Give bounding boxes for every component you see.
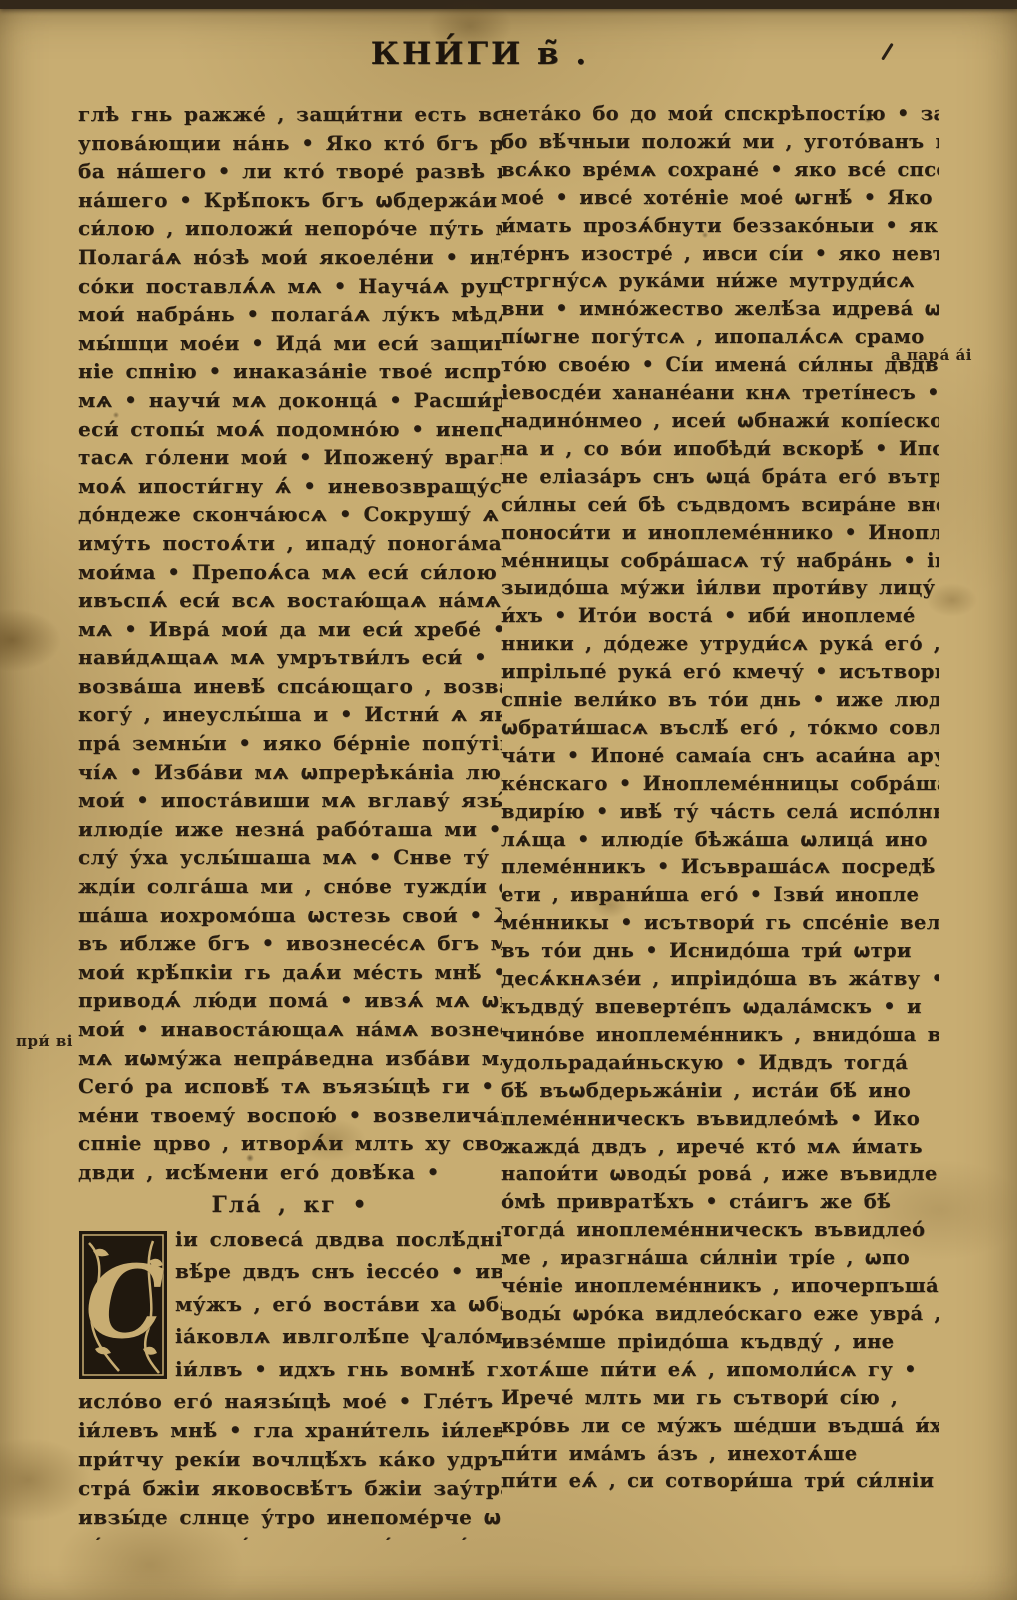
text-line: ніе спнію • инаказа́ніе твое́ испра́ви [78, 357, 502, 386]
text-line: вдирі́ю • ивѣ́ ту́ ча́сть села́ испо́лнь [501, 798, 939, 826]
text-line: то́ю свое́ю • Сі́и имена́ си́лны двдвы . [501, 351, 939, 379]
text-line: стргну́сѧ рука́ми ни́же мутруди́сѧ [501, 267, 939, 295]
text-line: когу́ , инеуслы́ша и • Истни́ ѧ яко [78, 700, 502, 729]
left-column-text-c: исло́во его́ наязы́цѣ мое́ • Гле́тъ бгъі… [78, 1387, 502, 1540]
text-line: мои́ма • Препоѧ́са мѧ еси́ си́лою набра́ [78, 558, 502, 587]
text-line: си́лны сеи́ бѣ съдвдомъ всира́не внегда́ [501, 491, 939, 519]
initial-letter-glyph: С [85, 1243, 165, 1361]
text-line: приводѧ́ лю́ди пома́ • ивзѧ́ мѧ ѡвра́ [78, 986, 502, 1015]
text-line: Полага́ѧ но́зѣ мои́ якоеле́ни • инавы [78, 243, 502, 272]
text-line: тасѧ го́лени мои́ • Ипожену́ врагы́ [78, 443, 502, 472]
text-line: мои́ крѣ́пкіи гь даѧ́и ме́сть мнѣ́ • и [78, 958, 502, 987]
text-line: че́ніе иноплеме́нникъ , ипочерпъша́ [501, 1272, 939, 1300]
text-line: исло́во его́ наязы́цѣ мое́ • Гле́тъ бгъ [78, 1387, 502, 1416]
text-line: чино́ве иноплеме́нникъ , внидо́ша во [501, 1021, 939, 1049]
right-column: нета́ко бо до мои́ спскрѣпості́ю • завѣ́… [501, 100, 939, 1530]
text-line: му́жъ , его́ воста́ви ха ѡба́ [175, 1288, 502, 1321]
text-line: десѧ́кнѧзе́и , ипріидо́ша въ жа́тву • [501, 965, 939, 993]
text-line: Сего́ ра исповѣ́ тѧ въязы́цѣ ги • іи [78, 1072, 502, 1101]
text-line: вѣ́ре двдъ снъ іессе́о • ивѣ́ре [175, 1255, 502, 1288]
text-line: си́лою , иположи́ непоро́че пу́ть мои • [78, 214, 502, 243]
decorative-initial: С [79, 1231, 167, 1379]
text-line: те́рнъ изостре́ , ивси сі́и • яко невъ [501, 240, 939, 268]
text-line: ети , иврани́ша его́ • Ізви́ инопле [501, 881, 939, 909]
text-line: пи́ти има́мъ а́зъ , инехотѧ́ше [501, 1440, 939, 1468]
text-line: и́мать прозѧ́бнути беззако́ныи • яко [501, 212, 939, 240]
text-line: ивзе́мше пріидо́ша къдвду́ , ине [501, 1328, 939, 1356]
text-line: іевосде́и ханане́ани кнѧ треті́несъ • [501, 379, 939, 407]
text-line: бѣ́ въѡбдерьжа́ніи , иста́и бѣ́ ино [501, 1077, 939, 1105]
text-line: на́шего • Крѣ́покъ бгъ ѡбдержа́и мѧ [78, 186, 502, 215]
left-column: глѣ гнь ражже́ , защи́тни есть всѣупова́… [78, 100, 502, 1540]
text-line: мѧ иѡму́жа непра́ведна изба́ви мѧ • [78, 1044, 502, 1073]
text-line: мои́ • инавоста́ющаѧ на́мѧ вознесе́ши [78, 1015, 502, 1044]
page-title: КНИ́ГИ в̃ . [0, 36, 960, 72]
text-line: стра́ бжіи яковосвѣ́тъ бжіи зау́тра [78, 1474, 502, 1503]
text-line: тогда́ иноплеме́нническъ въвидлео́ [501, 1216, 939, 1244]
text-line: пи́ти еѧ́ , си сотвори́ша три́ си́лніи [501, 1467, 939, 1495]
text-line: ча́ти • Ипоне́ самаі́а снъ асаи́на ару́ [501, 742, 939, 770]
text-line: іи́левъ мнѣ́ • гла храни́тель іи́левъ [78, 1416, 502, 1445]
text-line: напои́ти ѡводы́ рова́ , иже въвидле [501, 1160, 939, 1188]
text-line: чі́ѧ • Изба́ви мѧ ѡпрерѣка́ніа люді́и [78, 758, 502, 787]
text-line: ме́ни твоему́ воспою́ • возвелича́ю [78, 1101, 502, 1130]
text-line: ивъспѧ́ еси́ всѧ востаю́щаѧ на́мѧ по [78, 586, 502, 615]
text-line: мои́ набра́нь • полага́ѧ лу́къ мѣдѧ́нъ [78, 300, 502, 329]
text-line: спніе црво , итворѧ́и млть ху свое́му [78, 1129, 502, 1158]
text-line: мое́ • ивсе́ хоте́ніе мое́ ѡгнѣ́ • Яко н… [501, 184, 939, 212]
text-line: нета́ко бо до мои́ спскрѣпості́ю • завѣ́ [501, 100, 939, 128]
text-line: глѣ гнь ражже́ , защи́тни есть всѣ [78, 100, 502, 129]
text-line: спніе вели́ко въ то́и днь • иже люді́е [501, 686, 939, 714]
text-line: кро́вь ли се му́жъ ше́дши въдша́ и́хъ [501, 1412, 939, 1440]
text-line: ба на́шего • ли кто́ творе́ развѣ га [78, 157, 502, 186]
text-line: къдвду́ впеверте́пъ ѡдала́мскъ • и [501, 993, 939, 1021]
text-line: о́мѣ привратѣ́хъ • ста́игъ же бѣ́ [501, 1188, 939, 1216]
text-line: воды́ ѡро́ка видлео́скаго еже увра́ , [501, 1300, 939, 1328]
text-line: иму́ть постоѧ́ти , ипаду́ понога́ма [78, 529, 502, 558]
text-line: іи́лвъ • идхъ гнь вомнѣ́ гла [175, 1353, 502, 1386]
text-line: всѧ́ко вре́мѧ сохране́ • яко все́ спсе́н… [501, 156, 939, 184]
text-line: илюді́е иже незна́ рабо́таша ми • ибо [78, 815, 502, 844]
left-column-text-b: іи словеса́ двдва послѣ́дніи ,вѣ́ре двдъ… [175, 1223, 502, 1386]
text-line: на и , со во́и ипобѣди́ вскорѣ́ • Ипо [501, 435, 939, 463]
margin-note-reference: а пара́ а́і [891, 346, 972, 364]
text-line: пі́ѡгне погу́тсѧ , ипопалѧ́сѧ срамо [501, 323, 939, 351]
text-line: моѧ́ ипости́гну ѧ́ • иневозвращу́сѧ [78, 472, 502, 501]
text-line: ивзы́де слнце у́тро инепоме́рче ѡсія́ [78, 1503, 502, 1532]
text-line: Ирече́ млть ми гь сътвори́ сі́ю , [501, 1384, 939, 1412]
margin-note-reference: при́ ві [16, 1032, 73, 1050]
text-line: двди , исѣ́мени его́ довѣ́ка • [78, 1158, 502, 1187]
text-line: упова́ющии на́нь • Яко кто́ бгъ развѣ [78, 129, 502, 158]
text-line: и́хъ • Ито́и воста́ • иби́ иноплеме́ [501, 602, 939, 630]
text-line: нави́дѧщаѧ мѧ умрътви́лъ еси́ • [78, 643, 502, 672]
text-line: мои́ • ипоста́виши мѧ вглаву́ язы́ко [78, 786, 502, 815]
text-line: хотѧ́ше пи́ти еѧ́ , ипомоли́сѧ гу • [501, 1356, 939, 1384]
text-line: жді́и солга́ша ми , сно́ве тужді́и обе [78, 872, 502, 901]
text-line: поноси́ти и иноплеме́ннико • Инопле [501, 519, 939, 547]
text-line: при́тчу рекі́и вочлцѣ́хъ ка́ко удръжи́те [78, 1445, 502, 1474]
text-line: зыидо́ша му́жи іи́лви проти́ву лицу́ [501, 574, 939, 602]
chapter-heading: Гла́ , кг • [78, 1187, 502, 1223]
page-top-edge [0, 0, 1017, 9]
text-line: нники , до́деже утруди́сѧ рука́ его́ , [501, 630, 939, 658]
text-line: жажда́ двдъ , ирече́ кто́ мѧ и́мать [501, 1133, 939, 1161]
text-line: мы́шци мое́и • Ида́ ми еси́ защище́ [78, 329, 502, 358]
text-line: іи словеса́ двдва послѣ́дніи , [175, 1223, 502, 1256]
text-line: со́ки поставлѧ́ѧ мѧ • Науча́ѧ руцѣ́ [78, 272, 502, 301]
text-line: ша́ша иохромо́ша ѡстезь свои́ • Жи [78, 901, 502, 930]
text-line: ке́нскаго • Иноплеме́нницы собра́шасѧ [501, 770, 939, 798]
text-line: ні́я • яко ѡго́ры пажины́ѧ ѡзе́млѧ • [78, 1532, 502, 1540]
text-line: мѧ • Ивра́ мои́ да ми еси́ хребе́ • ине [78, 615, 502, 644]
right-column-text: нета́ко бо до мои́ спскрѣпості́ю • завѣ́… [501, 100, 939, 1495]
text-line: въ иблже бгъ • ивознесе́сѧ бгъ мои́ спсъ [78, 929, 502, 958]
text-line: до́ндеже сконча́юсѧ • Сокрушу́ ѧ ине [78, 500, 502, 529]
text-line: ме , иразгна́ша си́лніи трі́е , ѡпо [501, 1244, 939, 1272]
text-line: слу́ у́ха услы́шаша мѧ • Снве ту́ [78, 843, 502, 872]
text-line: бо вѣ́чныи положи́ ми , угото́ванъ во [501, 128, 939, 156]
initial-paragraph: С іи словеса́ двдва послѣ́дніи ,вѣ́ре дв… [78, 1223, 502, 1387]
text-line: ме́нницы собра́шасѧ ту́ набра́нь • іи [501, 547, 939, 575]
book-page: КНИ́ГИ в̃ . глѣ гнь ражже́ , защи́тни ес… [0, 0, 1017, 1600]
text-line: племе́нническъ въвидлео́мѣ • Ико [501, 1105, 939, 1133]
text-line: пра́ земны́и • ияко бе́рніе попу́тіи сто [78, 729, 502, 758]
text-line: еси́ стопы́ моѧ́ подомно́ю • инепозы́бле [78, 415, 502, 444]
text-line: возва́ша иневѣ́ спса́ющаго , возва́ша [78, 672, 502, 701]
text-line: племе́нникъ • Исъвраша́сѧ посредѣ́ [501, 853, 939, 881]
text-line: ме́нникы • исътвори́ гь спсе́ніе вели́ко [501, 909, 939, 937]
text-line: лѧ́ща • илюді́е бѣжа́ша ѡлица́ ино [501, 826, 939, 854]
text-line: іа́ковлѧ ивлголѣ́пе ѱало́мникъ [175, 1320, 502, 1353]
left-column-text-a: глѣ гнь ражже́ , защи́тни есть всѣупова́… [78, 100, 502, 1187]
text-line: не еліаза́ръ снъ ѡца́ бра́та его́ вътре [501, 463, 939, 491]
text-line: въ то́и днь • Иснидо́ша три́ ѡтри [501, 937, 939, 965]
text-line: надино́нмео , исеи́ ѡбнажи́ копі́еское , [501, 407, 939, 435]
text-line: ѡбрати́шасѧ въслѣ́ его́ , то́кмо совла [501, 714, 939, 742]
text-line: ипрільпе́ рука́ его́ кмечу́ • исътвори́ … [501, 658, 939, 686]
text-line: удольрадаи́ньскую • Идвдъ тогда́ [501, 1049, 939, 1077]
text-line: вни • имно́жество желѣ́за идрева́ ѡко [501, 295, 939, 323]
text-line: мѧ • научи́ мѧ доконца́ • Расши́ри [78, 386, 502, 415]
